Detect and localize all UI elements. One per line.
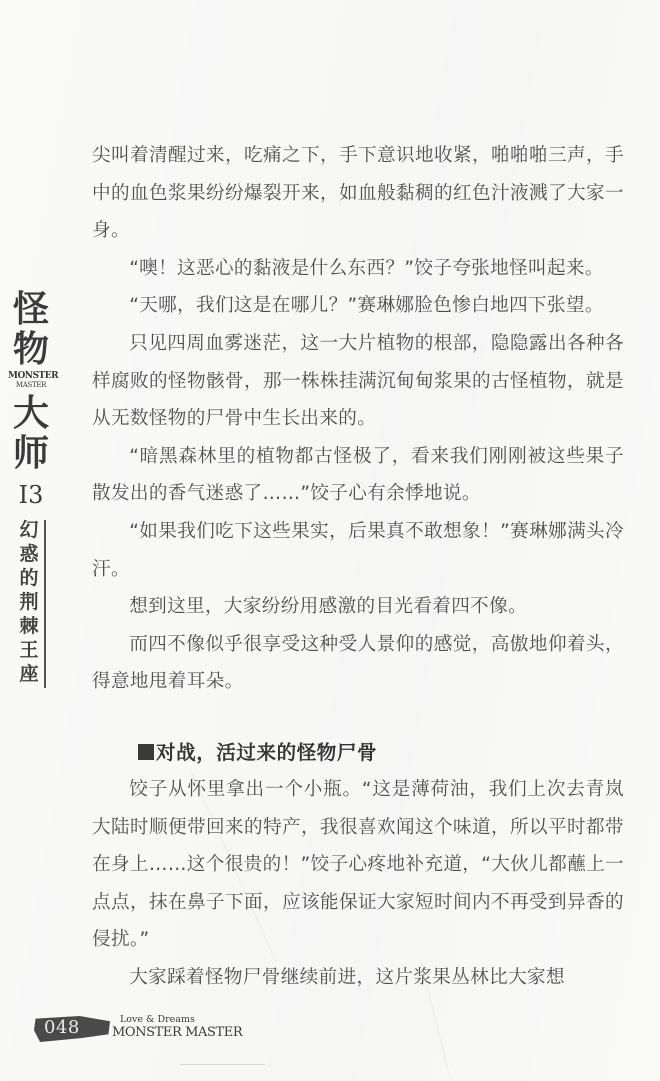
paragraph: “天哪，我们这是在哪儿？”赛琳娜脸色惨白地四下张望。 [92,287,624,325]
footer-brand: Love & Dreams MONSTER MASTER [112,1014,242,1040]
vertical-rule [44,520,46,688]
series-logo-line2: MASTER [8,381,54,390]
paragraph: “噢！这恶心的黏液是什么东西？”饺子夸张地怪叫起来。 [92,250,624,288]
paragraph-group-before-heading: 尖叫着清醒过来，吃痛之下，手下意识地收紧，啪啪啪三声，手中的血色浆果纷纷爆裂开来… [92,137,624,701]
section-heading-text: 对战，活过来的怪物尸骨 [156,734,377,771]
series-title-char: 怪 [8,290,54,330]
paragraph: 大家踩着怪物尸骨继续前进，这片浆果丛林比大家想 [92,959,624,997]
series-title-char: 大 [8,394,54,434]
page-number: 048 [44,1017,80,1039]
series-title-char: 物 [8,330,54,370]
paragraph: 只见四周血雾迷茫，这一大片植物的根部，隐隐露出各种各样腐败的怪物骸骨，那一株株挂… [92,325,624,438]
paragraph: 而四不像似乎很享受这种受人景仰的感觉，高傲地仰着头，得意地甩着耳朵。 [92,626,624,701]
paragraph: 想到这里，大家纷纷用感激的目光看着四不像。 [92,588,624,626]
paragraph-group-after-heading: 饺子从怀里拿出一个小瓶。“这是薄荷油，我们上次去青岚大陆时顺便带回来的特产，我很… [92,771,624,997]
series-spine: 怪 物 MONSTER MASTER 大 师 I3 幻惑的荆棘王座 [8,290,60,688]
page-body: 尖叫着清醒过来，吃痛之下，手下意识地收紧，啪啪啪三声，手中的血色浆果纷纷爆裂开来… [92,137,624,996]
black-square-icon [138,744,154,760]
footer-divider [180,1064,265,1065]
volume-subtitle: 幻惑的荆棘王座 [18,518,40,686]
footer-tagline: Love & Dreams [112,1014,242,1025]
footer-brand-name: MONSTER MASTER [112,1025,242,1040]
paragraph: “如果我们吃下这些果实，后果真不敢想象！”赛琳娜满头冷汗。 [92,513,624,588]
volume-subtitle-block: 幻惑的荆棘王座 [8,518,54,688]
page-footer: 048 Love & Dreams MONSTER MASTER [30,1012,250,1048]
paragraph: “暗黑森林里的植物都古怪极了，看来我们刚刚被这些果子散发出的香气迷惑了……”饺子… [92,438,624,513]
series-logo: MONSTER MASTER [8,372,54,390]
paragraph: 饺子从怀里拿出一个小瓶。“这是薄荷油，我们上次去青岚大陆时顺便带回来的特产，我很… [92,771,624,959]
paragraph: 尖叫着清醒过来，吃痛之下，手下意识地收紧，啪啪啪三声，手中的血色浆果纷纷爆裂开来… [92,137,624,250]
series-logo-line1: MONSTER [8,372,54,381]
series-title-char: 师 [8,434,54,474]
section-heading: 对战，活过来的怪物尸骨 [92,734,624,771]
volume-number: I3 [8,478,54,512]
